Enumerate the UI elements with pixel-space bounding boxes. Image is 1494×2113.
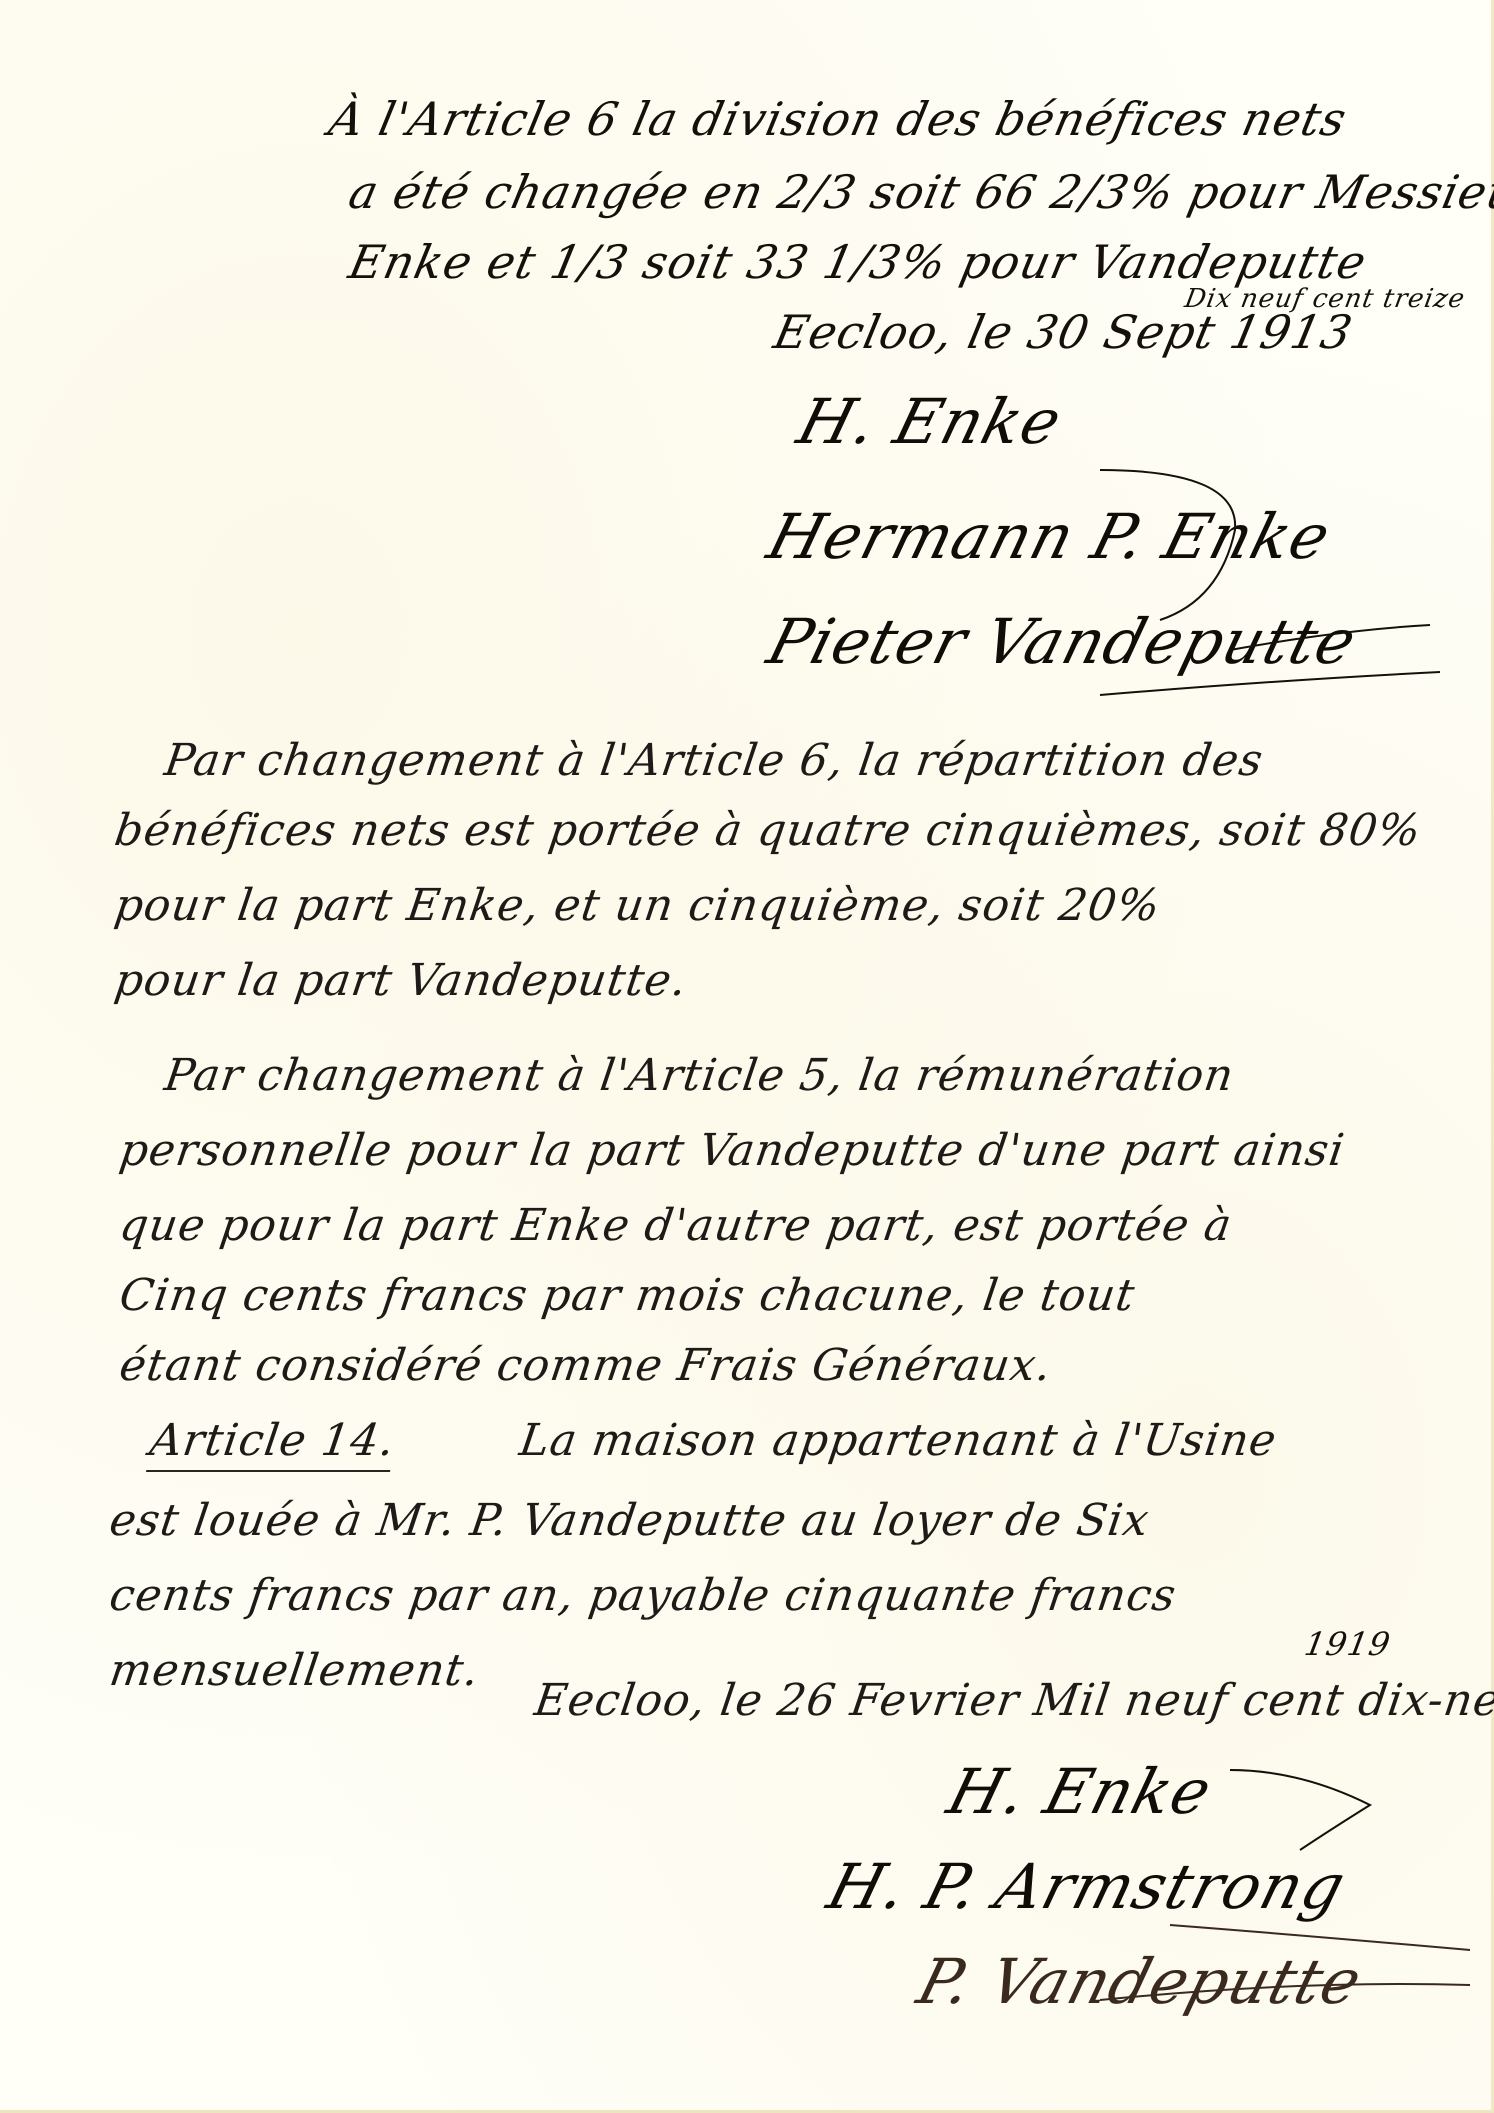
text-line: que pour la part Enke d'autre part, est …	[116, 1200, 1235, 1251]
document-page: À l'Article 6 la division des bénéfices …	[0, 0, 1494, 2113]
text-line: étant considéré comme Frais Généraux.	[116, 1340, 1055, 1391]
year-annotation: 1919	[1302, 1625, 1394, 1663]
signature: P. Vandeputte	[910, 1945, 1370, 2018]
text-line: pour la part Enke, et un cinquième, soit…	[111, 880, 1163, 931]
text-line: bénéfices nets est portée à quatre cinqu…	[111, 805, 1424, 856]
article-heading: Article 14.	[146, 1415, 398, 1472]
text-line: personnelle pour la part Vandeputte d'un…	[116, 1125, 1348, 1176]
text-line: Par changement à l'Article 5, la rémunér…	[161, 1050, 1237, 1101]
text-line: est louée à Mr. P. Vandeputte au loyer d…	[106, 1495, 1152, 1546]
text-line: cents francs par an, payable cinquante f…	[106, 1570, 1179, 1621]
place-date: Eecloo, le 26 Fevrier Mil neuf cent dix-…	[531, 1675, 1494, 1726]
text-line: Par changement à l'Article 6, la réparti…	[161, 735, 1266, 786]
text-line: La maison appartenant à l'Usine	[516, 1415, 1280, 1466]
signature: H. P. Armstrong	[820, 1850, 1353, 1923]
signature: H. Enke	[940, 1755, 1219, 1828]
text-line: mensuellement.	[106, 1645, 482, 1696]
text-line: Cinq cents francs par mois chacune, le t…	[116, 1270, 1138, 1321]
text-line: pour la part Vandeputte.	[111, 955, 690, 1006]
